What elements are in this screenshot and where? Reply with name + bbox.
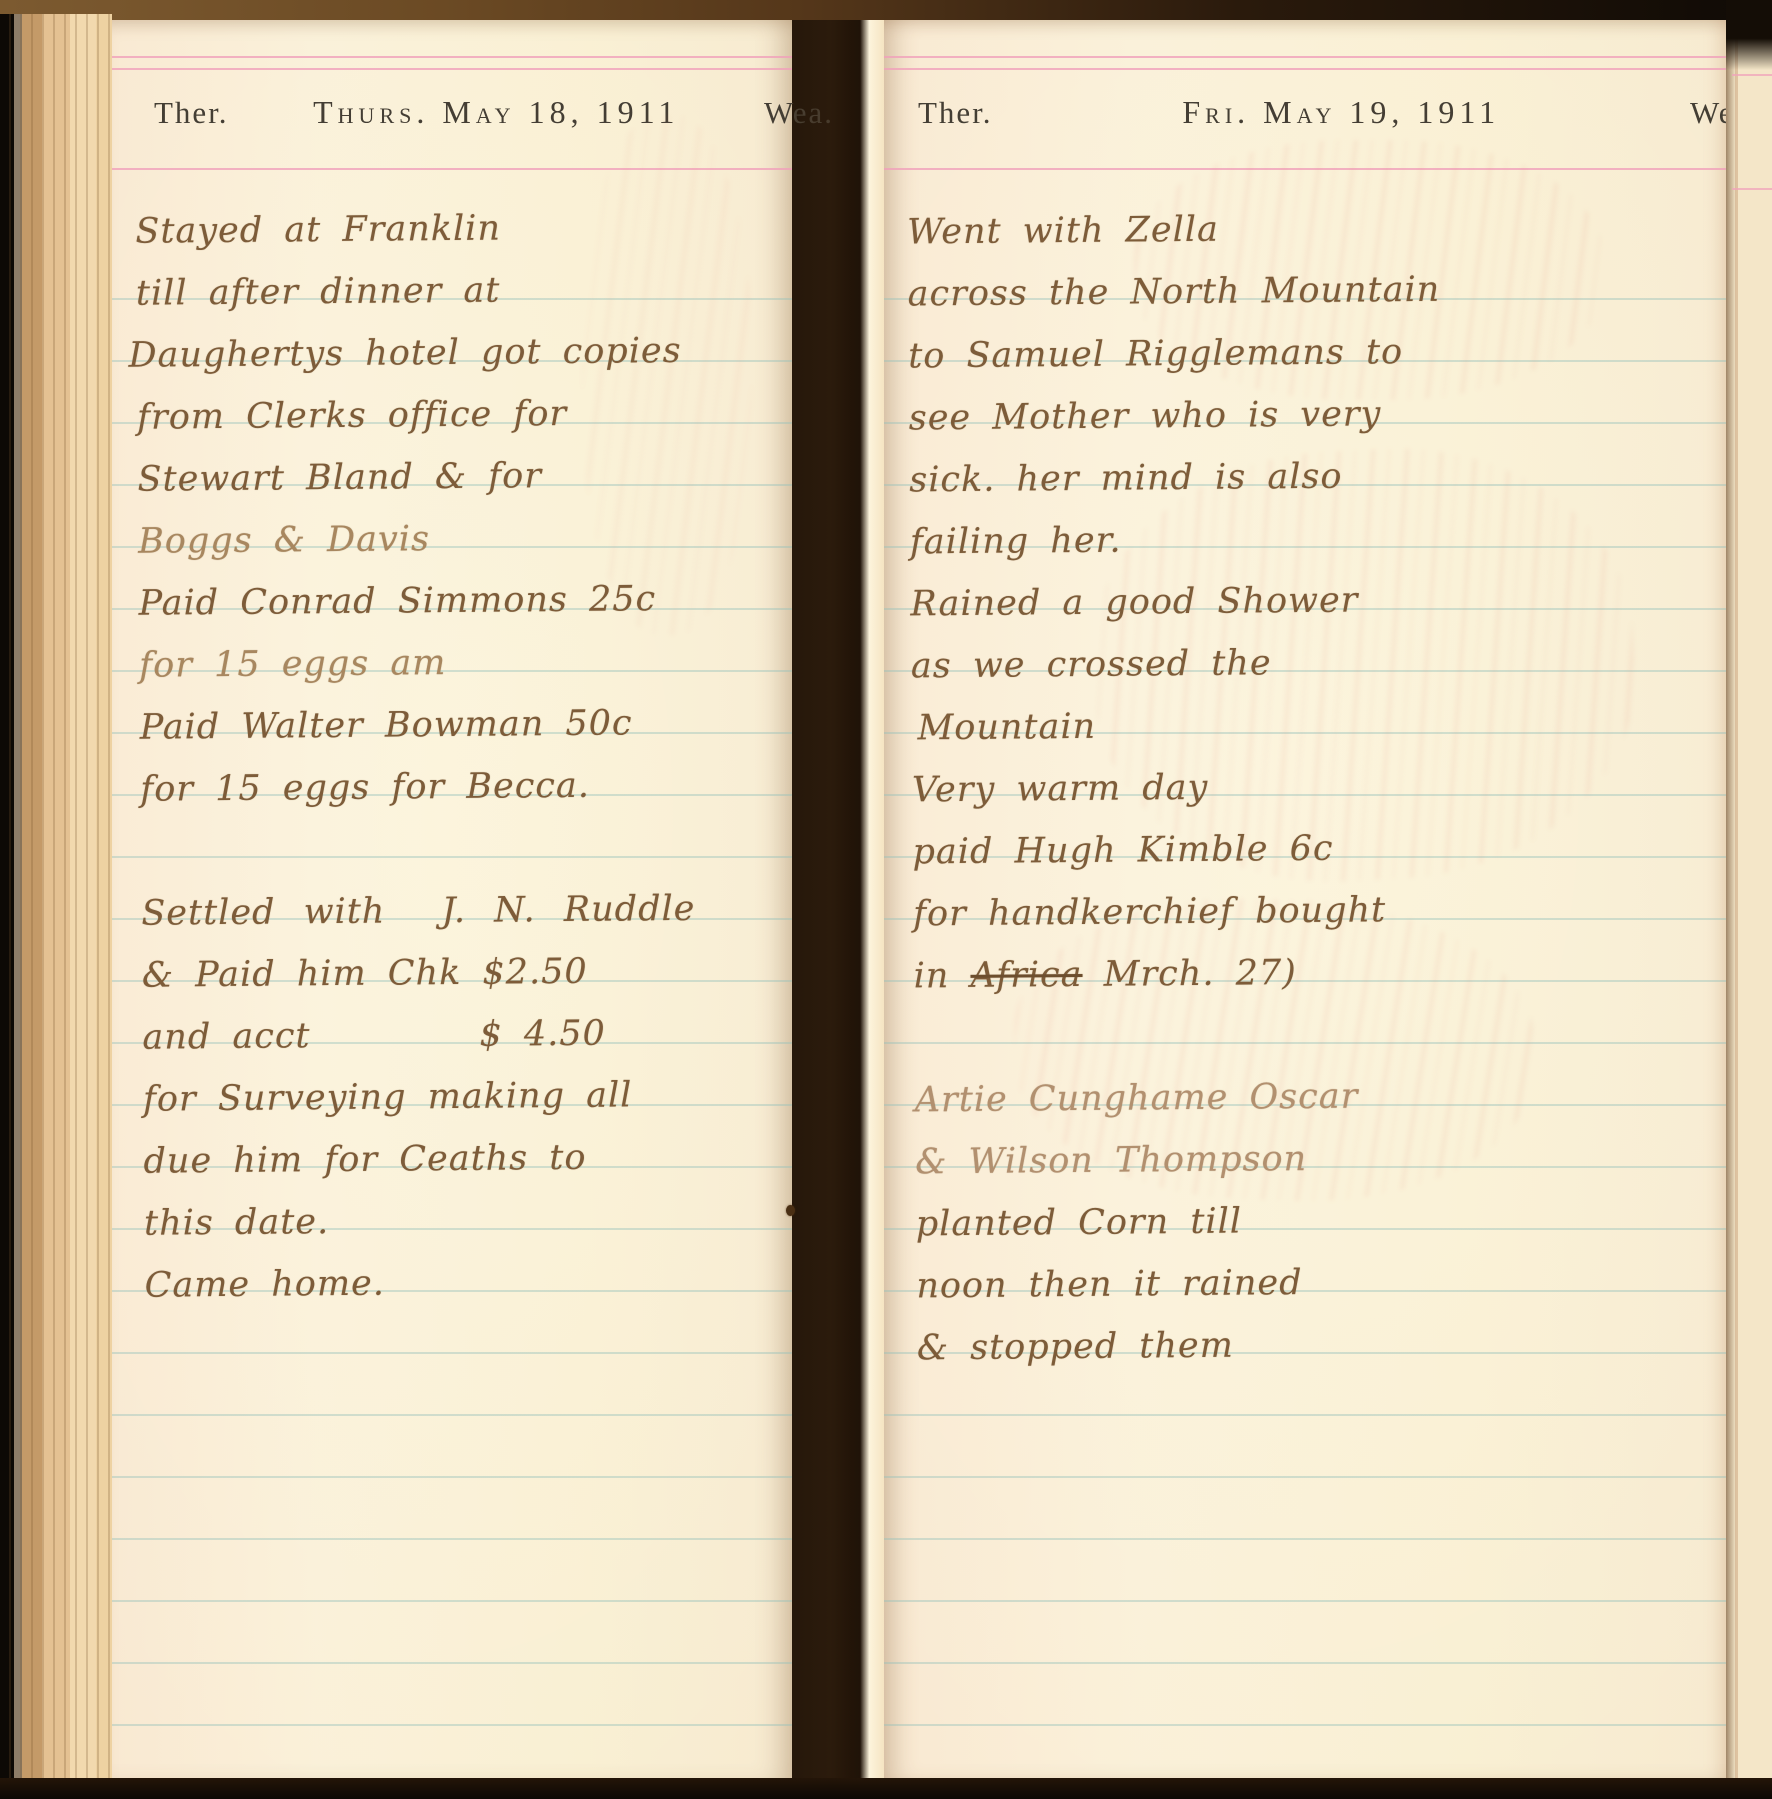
handwriting-line: Very warm day [912, 752, 1719, 821]
handwriting-line: to Samuel Rigglemans to [908, 318, 1715, 387]
handwriting-line: & stopped them [917, 1310, 1724, 1379]
handwriting-line: Boggs & Davis [138, 505, 783, 573]
margin-line [1732, 188, 1772, 190]
handwriting-line: & Paid him Chk $2.50 [142, 939, 787, 1007]
book-cover-bottom-edge [0, 1778, 1772, 1799]
ther-label: Ther. [918, 95, 993, 131]
handwriting-line: till after dinner at [136, 257, 781, 325]
diary-entry-right: Went with Zellaacross the North Mountain… [879, 194, 1731, 1379]
book-gutter [792, 20, 884, 1779]
handwriting-line: for 15 eggs am [139, 629, 784, 697]
handwriting-line: for 15 eggs for Becca. [140, 753, 785, 821]
diary-scan: Ther. Thurs. May 18, 1911 Wea. Stayed at… [0, 0, 1772, 1799]
handwriting-line: noon then it rained [916, 1248, 1723, 1317]
margin-line [1732, 74, 1772, 76]
page-header-right: Ther. Fri. May 19, 1911 Wea. [884, 94, 1772, 131]
page-stack-right-edge [1726, 0, 1772, 1779]
page-date: Fri. May 19, 1911 [993, 94, 1690, 131]
margin-line [884, 56, 1726, 58]
handwriting-line: Paid Conrad Simmons 25c [138, 567, 783, 635]
book-cover-top-edge [0, 0, 1772, 20]
handwriting-line: Went with Zella [907, 194, 1714, 263]
margin-line [884, 68, 1726, 70]
diary-page-right: Ther. Fri. May 19, 1911 Wea. Went with Z… [884, 20, 1726, 1779]
ink-speck [786, 1205, 795, 1216]
margin-line [112, 56, 792, 58]
handwriting-line: due him for Ceaths to [143, 1125, 788, 1193]
handwriting-line: Came home. [144, 1249, 789, 1317]
handwriting-line: failing her. [910, 504, 1717, 573]
struck-word: Africa [970, 955, 1082, 996]
handwriting-line: Stayed at Franklin [135, 195, 780, 263]
page-header-left: Ther. Thurs. May 18, 1911 Wea. [112, 94, 904, 131]
handwriting-line: and acct $ 4.50 [142, 1001, 787, 1069]
margin-line [112, 68, 792, 70]
handwriting-line: Rained a good Shower [910, 566, 1717, 635]
page-stack-left-edge [0, 14, 112, 1779]
handwriting-line: planted Corn till [916, 1186, 1723, 1255]
diary-page-left: Ther. Thurs. May 18, 1911 Wea. Stayed at… [112, 20, 792, 1779]
handwriting-line: across the North Mountain [907, 256, 1714, 325]
handwriting-line [141, 815, 786, 883]
handwriting-line: Paid Walter Bowman 50c [139, 691, 784, 759]
page-edge-crease [1735, 0, 1738, 1779]
handwriting-line: Stewart Bland & for [137, 443, 782, 511]
handwriting-line: Artie Cunghame Oscar [914, 1062, 1721, 1131]
handwriting-line: sick. her mind is also [909, 442, 1716, 511]
handwriting-line: as we crossed the [911, 628, 1718, 697]
handwriting-line: paid Hugh Kimble 6c [912, 814, 1719, 883]
handwriting-line: this date. [144, 1187, 789, 1255]
handwriting-line: & Wilson Thompson [915, 1124, 1722, 1193]
ther-label: Ther. [154, 95, 229, 131]
handwriting-line [914, 1000, 1721, 1069]
handwriting-line: for handkerchief bought [913, 876, 1720, 945]
handwriting-line: from Clerks office for [137, 381, 782, 449]
handwriting-line: Daughertys hotel got copies [128, 319, 781, 387]
handwriting-line: see Mother who is very [908, 380, 1715, 449]
handwriting-line: for Surveying making all [143, 1063, 788, 1131]
handwriting-line: Mountain [917, 690, 1718, 759]
cover-corner-shadow [1726, 0, 1772, 70]
handwriting-line: in Africa Mrch. 27) [913, 938, 1720, 1007]
handwriting-line: Settled with J. N. Ruddle [141, 877, 786, 945]
diary-entry-left: Stayed at Franklintill after dinner atDa… [107, 195, 797, 1317]
